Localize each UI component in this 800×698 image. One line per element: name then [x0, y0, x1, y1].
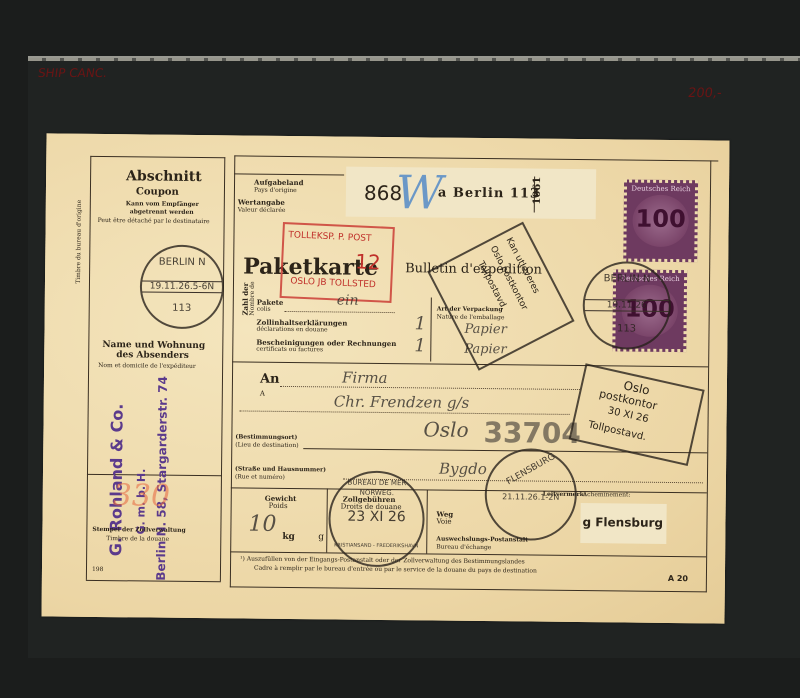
coupon-heading-fr: Coupon — [136, 186, 179, 197]
album-strip — [28, 58, 800, 61]
postmark-tolleksp: TOLLEKSP. P. POST 12 OSLO JB TOLLSTED — [280, 222, 395, 303]
street-label-fr: (Rue et numéro) — [235, 473, 285, 481]
weight-unit-g: g — [318, 532, 324, 542]
routing-value: g Flensburg — [582, 515, 663, 530]
parcels-value: ein — [337, 292, 359, 308]
exchange-label-fr: Bureau d'échange — [436, 544, 491, 552]
main-border-left — [230, 155, 236, 587]
certs-label-fr: certificats ou factures — [256, 346, 323, 354]
parcel-code: 1061 — [532, 177, 543, 205]
to-value-2: Chr. Frendzen g/s — [334, 392, 470, 411]
parcel-label: 868 a Berlin 113 1061 — [346, 167, 597, 220]
destination-label: (Bestimmungsort) — [235, 433, 297, 441]
street-label: (Straße und Hausnummer) — [235, 465, 326, 473]
contents-divider — [430, 297, 432, 361]
form-number: 198 — [92, 566, 104, 573]
customs-decl-value: 1 — [414, 313, 426, 334]
blue-crayon-mark: W — [396, 165, 444, 219]
section-line-2 — [231, 487, 707, 493]
sender-label-2: des Absenders — [116, 350, 189, 361]
coupon-border-left — [86, 156, 91, 580]
parcels-label-fr: colis — [257, 306, 271, 313]
red-crayon-mark: 330 — [113, 478, 171, 514]
footnote-2: Cadre à remplir par le bureau d'entrée o… — [254, 565, 537, 575]
route-label-fr: Voie — [436, 518, 451, 526]
sender-label-fr: Nom et domicile de l'expéditeur — [98, 362, 196, 370]
origin-country-label-fr: Pays d'origine — [254, 187, 297, 194]
coupon-border-top — [90, 156, 225, 158]
weight-value: 10 — [248, 512, 276, 537]
parcels-dotline — [285, 311, 395, 313]
postage-stamp-1: Deutsches Reich 100 — [623, 179, 698, 262]
to-label-fr: A — [260, 390, 265, 398]
customs-decl-label-fr: déclarations en douane — [256, 326, 327, 334]
coupon-sub-fr: Peut être détaché par le destinataire — [98, 217, 210, 225]
to-label: An — [260, 372, 280, 387]
coupon-border-right — [220, 157, 225, 581]
to-value-3: Oslo — [423, 417, 468, 441]
postmark-flensburg: FLENSBURG 21.11.26.1-2N — [484, 448, 577, 541]
postmark-bureau-de-mer: BUREAU DE MER NORWEG. 23 XI 26 KRISTIANS… — [328, 470, 425, 567]
postmark-berlin-coupon: BERLIN N 19.11.26.5-6N 113 — [140, 244, 225, 329]
postmark-berlin-main: BERLIN N 19.11.26 113 — [582, 261, 671, 350]
annotation-left: SHIP CANC. — [37, 66, 108, 80]
duties-divider — [426, 489, 428, 553]
section-line-1 — [232, 361, 708, 367]
to-dotline-1 — [280, 386, 580, 390]
main-border-bottom — [230, 586, 707, 592]
coupon-sub1: Kann vom Empfänger — [126, 200, 199, 208]
parcel-office: a Berlin 113 — [438, 186, 540, 202]
weight-label-fr: Poids — [269, 502, 288, 510]
destination-label-fr: (Lieu de destination) — [235, 441, 298, 449]
weight-unit-kg: kg — [282, 532, 295, 542]
coupon-heading: Abschnitt — [126, 168, 202, 185]
routing-label-sticker: g Flensburg — [580, 503, 666, 544]
street-value: Bygdo — [439, 460, 487, 478]
postmark-kan-utleveres: Kan utleveres Oslo postkontor Tollpostav… — [427, 222, 574, 371]
routing-label-fr: Acheminement: — [583, 491, 631, 498]
main-border-top — [234, 155, 718, 161]
to-value-1: Firma — [342, 369, 388, 387]
customs-label: Stempel der Zollverwaltung — [92, 526, 185, 534]
declared-value-label: Wertangabe — [238, 197, 285, 206]
parcel-card: Abschnitt Coupon Kann vom Empfänger abge… — [41, 133, 729, 623]
count-label-fr: Nombre de — [249, 281, 256, 315]
form-code: A 20 — [668, 574, 688, 583]
customs-label-fr: Timbre de la douane — [106, 535, 169, 543]
annotation-right: 200,- — [687, 86, 723, 101]
coupon-sub2: abgetrennt werden — [130, 208, 194, 216]
certs-value: 1 — [414, 335, 426, 356]
header-line — [234, 173, 344, 175]
origin-label-fr: Timbre du bureau d'origine — [75, 200, 83, 284]
declared-value-label-fr: Valeur déclarée — [238, 206, 286, 213]
main-border-right — [706, 160, 712, 592]
